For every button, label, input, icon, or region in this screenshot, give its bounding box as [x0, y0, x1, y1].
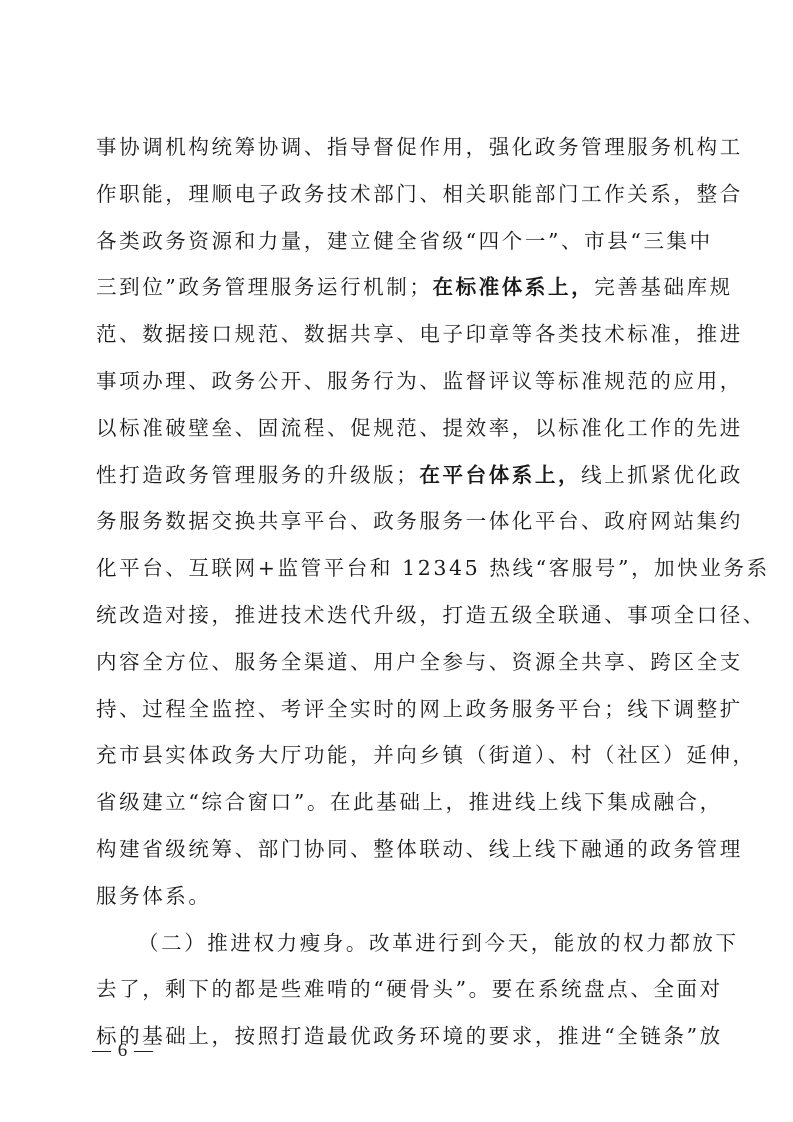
line-text: 以标准破壁垒、固流程、促规范、提效率，以标准化工作的先进 — [96, 405, 743, 452]
line-text-pre: 性打造政务管理服务的升级版； — [96, 463, 419, 487]
document-page: 事协调机构统筹协调、指导督促作用，强化政务管理服务机构工 作职能，理顺电子政务技… — [0, 0, 793, 1122]
line-text: 作职能，理顺电子政务技术部门、相关职能部门工作关系，整合 — [96, 171, 743, 218]
line-text: 事项办理、政务公开、服务行为、监督评议等标准规范的应用， — [96, 358, 743, 405]
line-text: 事协调机构统筹协调、指导督促作用，强化政务管理服务机构工 — [96, 124, 743, 171]
line-text: 构建省级统筹、部门协同、整体联动、线上线下融通的政务管理 — [96, 826, 743, 873]
line-text: 充市县实体政务大厅功能，并向乡镇（街道）、村（社区）延伸， — [96, 732, 756, 779]
text-line: 各类政务资源和力量，建立健全省级“四个一”、市县“三集中 — [96, 218, 712, 265]
line-text: 性打造政务管理服务的升级版；在平台体系上，线上抓紧优化政 — [96, 452, 743, 499]
line-text: 服务体系。 — [96, 873, 212, 920]
section-heading: （二）推进权力瘦身。 — [138, 931, 369, 955]
line-text: 范、数据接口规范、数据共享、电子印章等各类技术标准，推进 — [96, 311, 743, 358]
text-line: 标的基础上，按照打造最优政务环境的要求，推进“全链条”放 — [96, 1013, 712, 1060]
page-number: — 6 — — [92, 1040, 154, 1062]
text-line: 事协调机构统筹协调、指导督促作用，强化政务管理服务机构工 — [96, 124, 712, 171]
text-line: 以标准破壁垒、固流程、促规范、提效率，以标准化工作的先进 — [96, 405, 712, 452]
line-text: 省级建立“综合窗口”。在此基础上，推进线上线下集成融合， — [96, 779, 723, 826]
text-line: 事项办理、政务公开、服务行为、监督评议等标准规范的应用， — [96, 358, 712, 405]
text-line: 三到位”政务管理服务运行机制；在标准体系上，完善基础库规 — [96, 264, 712, 311]
line-text-pre: 三到位”政务管理服务运行机制； — [96, 275, 432, 299]
text-line: 持、过程全监控、考评全实时的网上政务服务平台；线下调整扩 — [96, 686, 712, 733]
text-line: 范、数据接口规范、数据共享、电子印章等各类技术标准，推进 — [96, 311, 712, 358]
text-line: 充市县实体政务大厅功能，并向乡镇（街道）、村（社区）延伸， — [96, 732, 712, 779]
line-text: 务服务数据交换共享平台、政务服务一体化平台、政府网站集约 — [96, 498, 743, 545]
line-text-post: 线上抓紧优化政 — [581, 463, 743, 487]
line-text: 内容全方位、服务全渠道、用户全参与、资源全共享、跨区全支 — [96, 639, 743, 686]
line-text: 各类政务资源和力量，建立健全省级“四个一”、市县“三集中 — [96, 218, 713, 265]
line-text: 持、过程全监控、考评全实时的网上政务服务平台；线下调整扩 — [96, 686, 743, 733]
text-line: 化平台、互联网+监管平台和 12345 热线“客服号”，加快业务系 — [96, 545, 712, 592]
bold-lead-standard-system: 在标准体系上， — [432, 275, 594, 299]
line-text: （二）推进权力瘦身。改革进行到今天，能放的权力都放下 — [138, 920, 739, 967]
body-text: 事协调机构统筹协调、指导督促作用，强化政务管理服务机构工 作职能，理顺电子政务技… — [96, 124, 712, 1060]
line-text-post: 改革进行到今天，能放的权力都放下 — [369, 931, 739, 955]
line-text: 三到位”政务管理服务运行机制；在标准体系上，完善基础库规 — [96, 264, 733, 311]
text-line: 构建省级统筹、部门协同、整体联动、线上线下融通的政务管理 — [96, 826, 712, 873]
text-line: 务服务数据交换共享平台、政务服务一体化平台、政府网站集约 — [96, 498, 712, 545]
text-line: 作职能，理顺电子政务技术部门、相关职能部门工作关系，整合 — [96, 171, 712, 218]
line-text: 化平台、互联网+监管平台和 12345 热线“客服号”，加快业务系 — [96, 545, 770, 592]
line-text: 统改造对接，推进技术迭代升级，打造五级全联通、事项全口径、 — [96, 592, 766, 639]
bold-lead-platform-system: 在平台体系上， — [419, 463, 581, 487]
line-text: 去了，剩下的都是些难啃的“硬骨头”。要在系统盘点、全面对 — [96, 966, 723, 1013]
text-line: 省级建立“综合窗口”。在此基础上，推进线上线下集成融合， — [96, 779, 712, 826]
text-line: 服务体系。 — [96, 873, 712, 920]
line-text: 标的基础上，按照打造最优政务环境的要求，推进“全链条”放 — [96, 1013, 723, 1060]
text-line: 统改造对接，推进技术迭代升级，打造五级全联通、事项全口径、 — [96, 592, 712, 639]
section-heading-line: （二）推进权力瘦身。改革进行到今天，能放的权力都放下 — [96, 920, 712, 967]
text-line: 内容全方位、服务全渠道、用户全参与、资源全共享、跨区全支 — [96, 639, 712, 686]
text-line: 去了，剩下的都是些难啃的“硬骨头”。要在系统盘点、全面对 — [96, 966, 712, 1013]
line-text-post: 完善基础库规 — [594, 275, 733, 299]
text-line: 性打造政务管理服务的升级版；在平台体系上，线上抓紧优化政 — [96, 452, 712, 499]
